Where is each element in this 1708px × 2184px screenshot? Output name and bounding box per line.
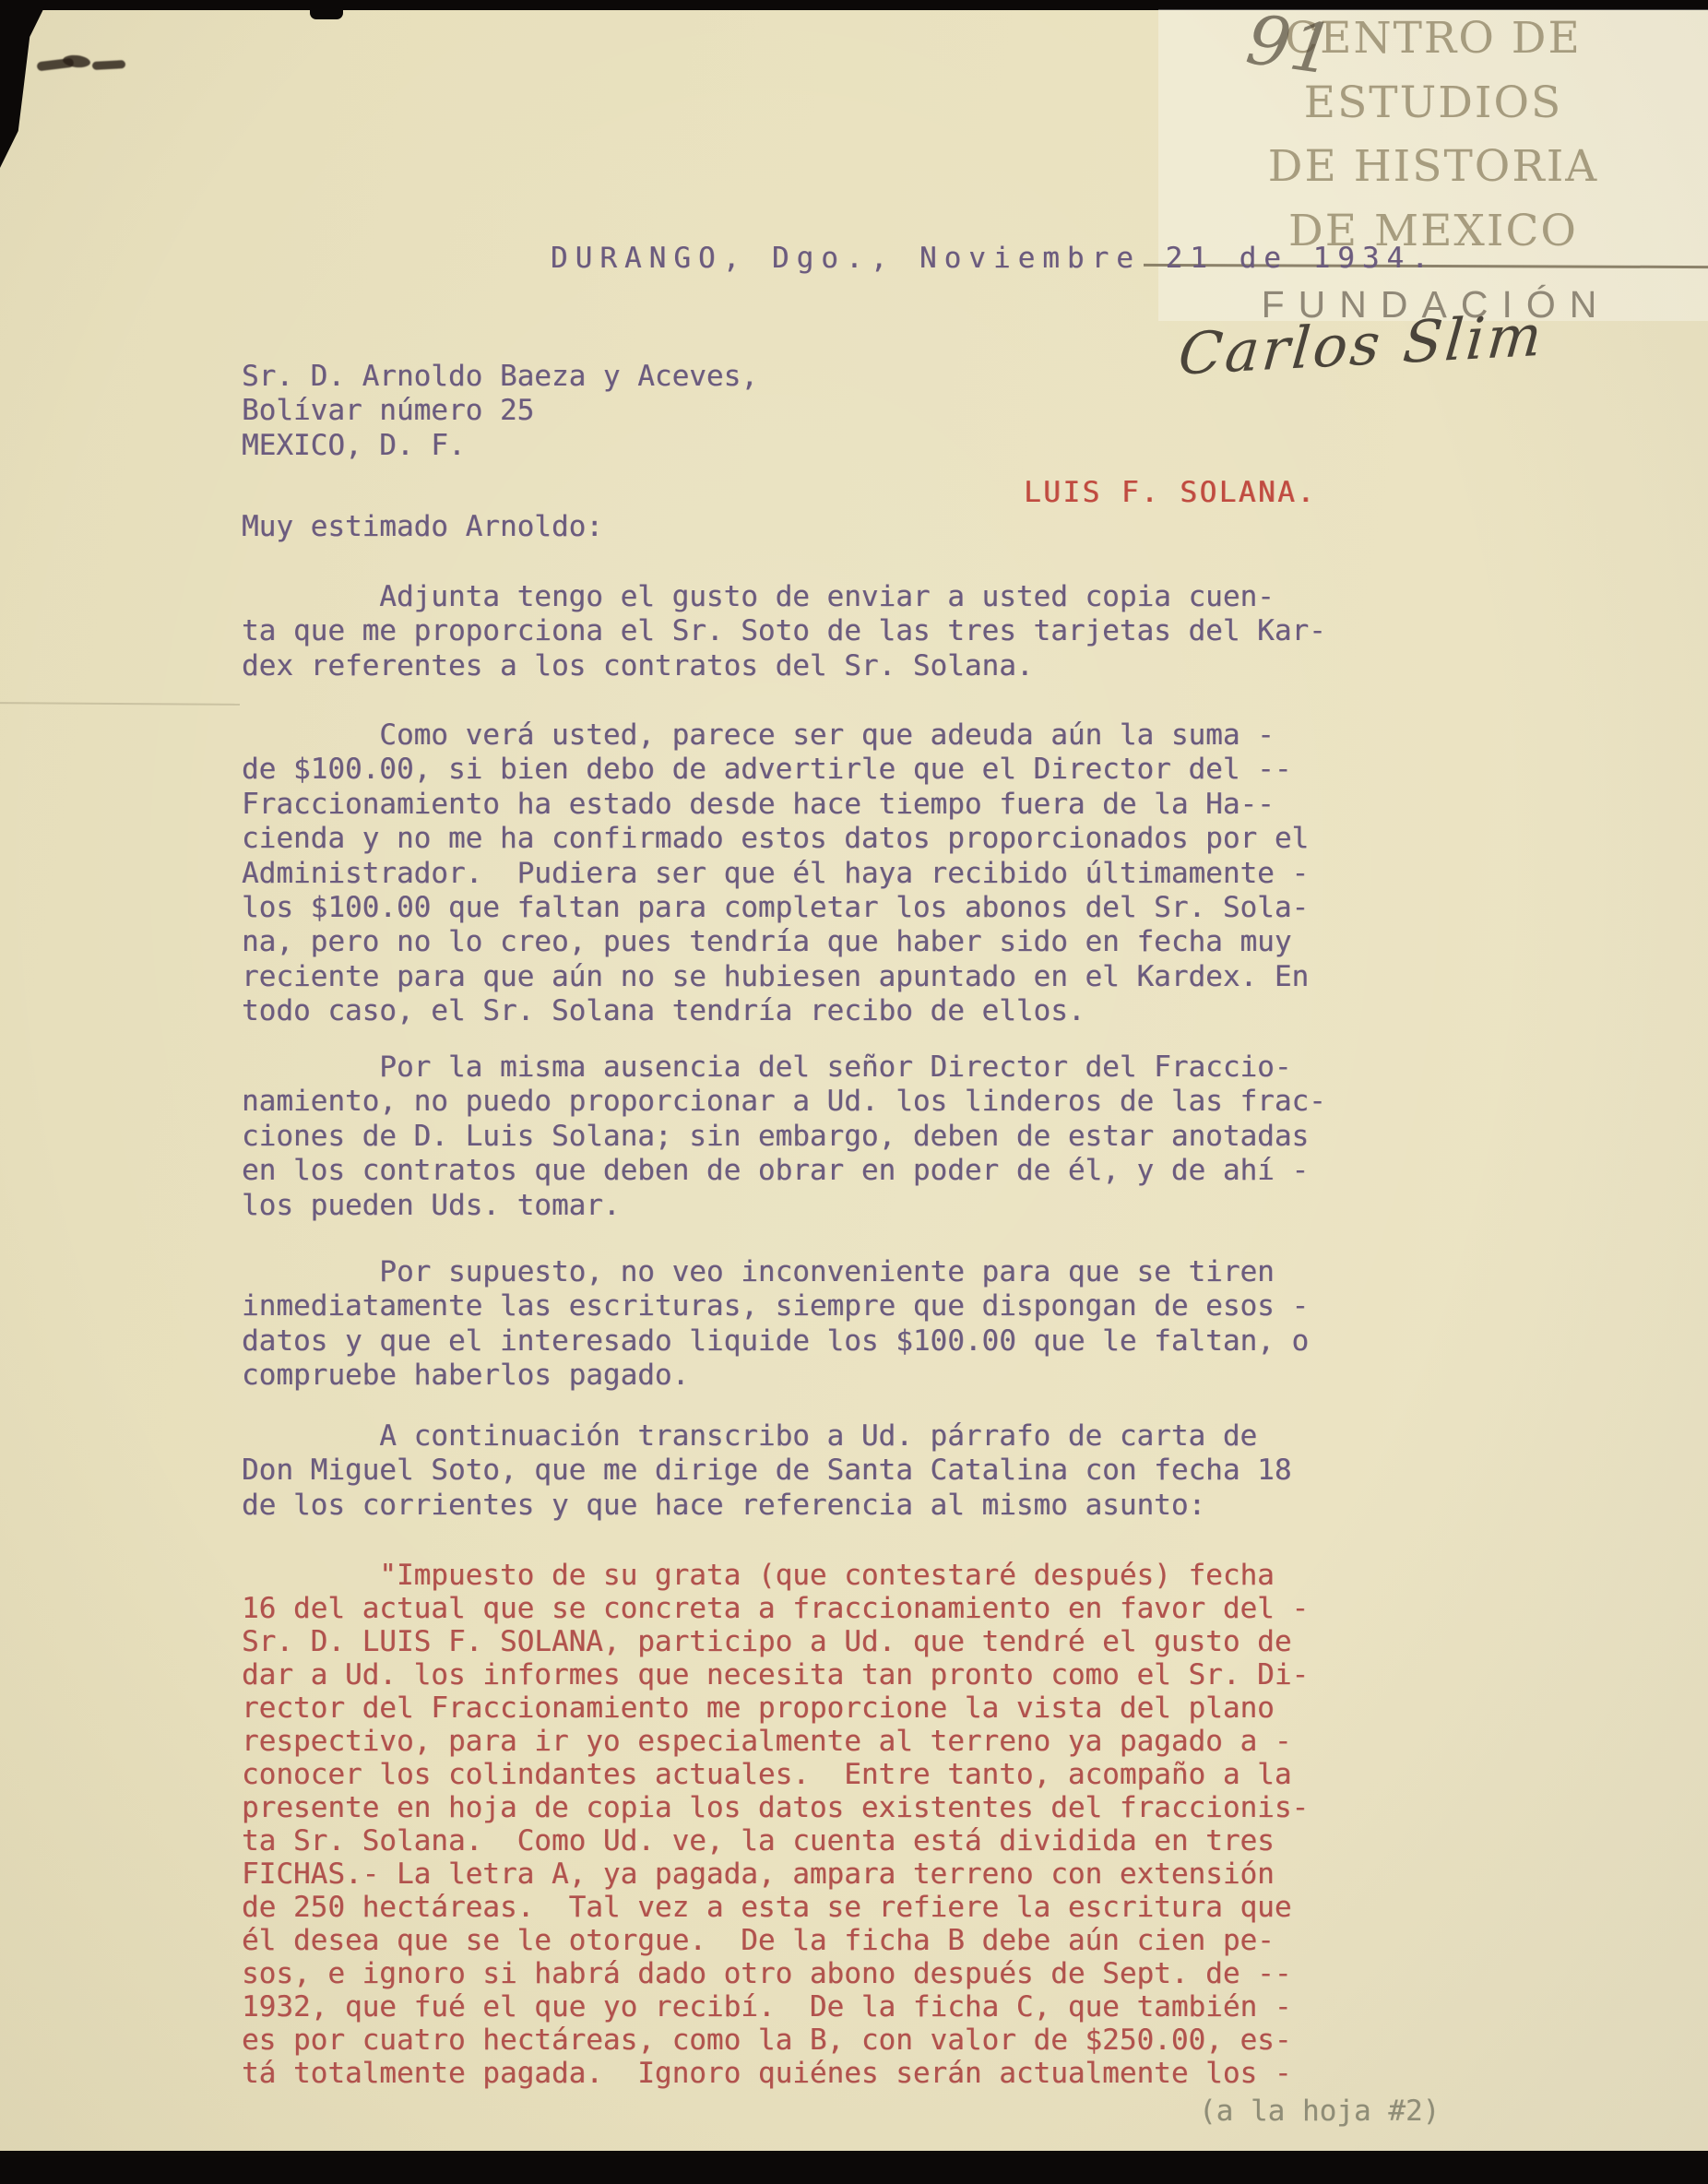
recipient-address: Sr. D. Arnoldo Baeza y Aceves, Bolívar n… <box>242 360 758 463</box>
paragraph-2: Como verá usted, parece ser que adeuda a… <box>242 718 1309 1029</box>
subject-line: LUIS F. SOLANA. <box>1024 476 1316 510</box>
paragraph-3: Por la misma ausencia del señor Director… <box>242 1050 1326 1223</box>
paragraph-1: Adjunta tengo el gusto de enviar a usted… <box>242 580 1326 683</box>
quoted-paragraph: "Impuesto de su grata (que contestaré de… <box>242 1559 1309 2090</box>
paragraph-5: A continuación transcribo a Ud. párrafo … <box>242 1419 1291 1523</box>
scan-border-notch <box>310 0 343 19</box>
scanned-letter-page: CENTRO DE ESTUDIOS DE HISTORIA DE MEXICO… <box>0 0 1708 2184</box>
ink-scribble-mark <box>37 52 138 79</box>
paragraph-4: Por supuesto, no veo inconveniente para … <box>242 1255 1309 1394</box>
page-footer-note: (a la hoja #2) <box>1199 2095 1440 2129</box>
watermark-line-de-historia: DE HISTORIA <box>1158 141 1708 192</box>
scan-border-bottom <box>0 2147 1708 2184</box>
pencil-annotation: 91 <box>1241 0 1338 90</box>
watermark-line-centro-de: CENTRO DE <box>1158 13 1708 64</box>
dateline: DURANGO, Dgo., Noviembre 21 de 1934. <box>551 242 1436 276</box>
watermark-line-estudios: ESTUDIOS <box>1158 77 1708 128</box>
salutation: Muy estimado Arnoldo: <box>242 510 603 544</box>
